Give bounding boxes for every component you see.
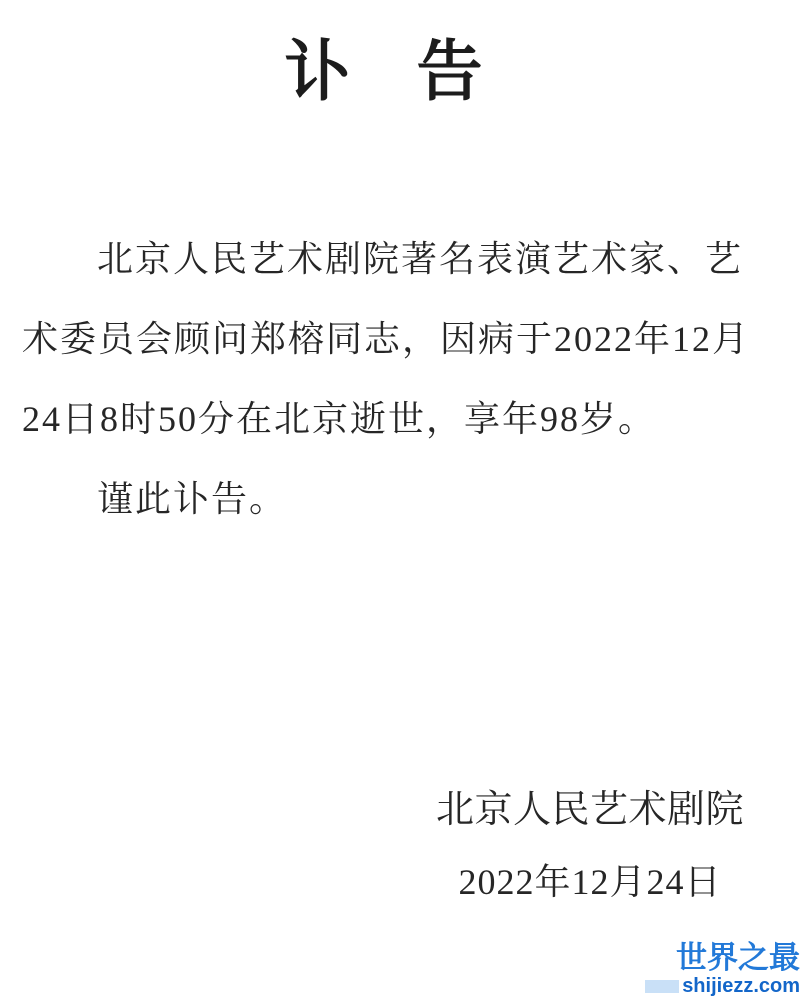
body-line-4: 谨此讣告。: [22, 459, 767, 539]
body-line-2: 术委员会顾问郑榕同志，因病于2022年12月: [22, 299, 767, 379]
signature-date: 2022年12月24日: [405, 854, 775, 910]
obituary-body: 北京人民艺术剧院著名表演艺术家、艺 术委员会顾问郑榕同志，因病于2022年12月…: [22, 219, 767, 539]
body-line-3: 24日8时50分在北京逝世，享年98岁。: [22, 379, 767, 459]
watermark-site-url: shijiezz.com: [682, 975, 800, 997]
watermark-site-name: 世界之最: [676, 940, 800, 975]
watermark-url-row: shijiezz.com: [645, 975, 800, 997]
obituary-notice-page: 讣 告 北京人民艺术剧院著名表演艺术家、艺 术委员会顾问郑榕同志，因病于2022…: [0, 0, 801, 1000]
signature-organization: 北京人民艺术剧院: [405, 782, 775, 838]
watermark-underline-bar: [645, 980, 679, 993]
body-line-1: 北京人民艺术剧院著名表演艺术家、艺: [22, 219, 767, 299]
page-title: 讣 告: [0, 36, 801, 110]
site-watermark: 世界之最 shijiezz.com: [645, 940, 800, 997]
signature-block: 北京人民艺术剧院 2022年12月24日: [405, 782, 775, 910]
